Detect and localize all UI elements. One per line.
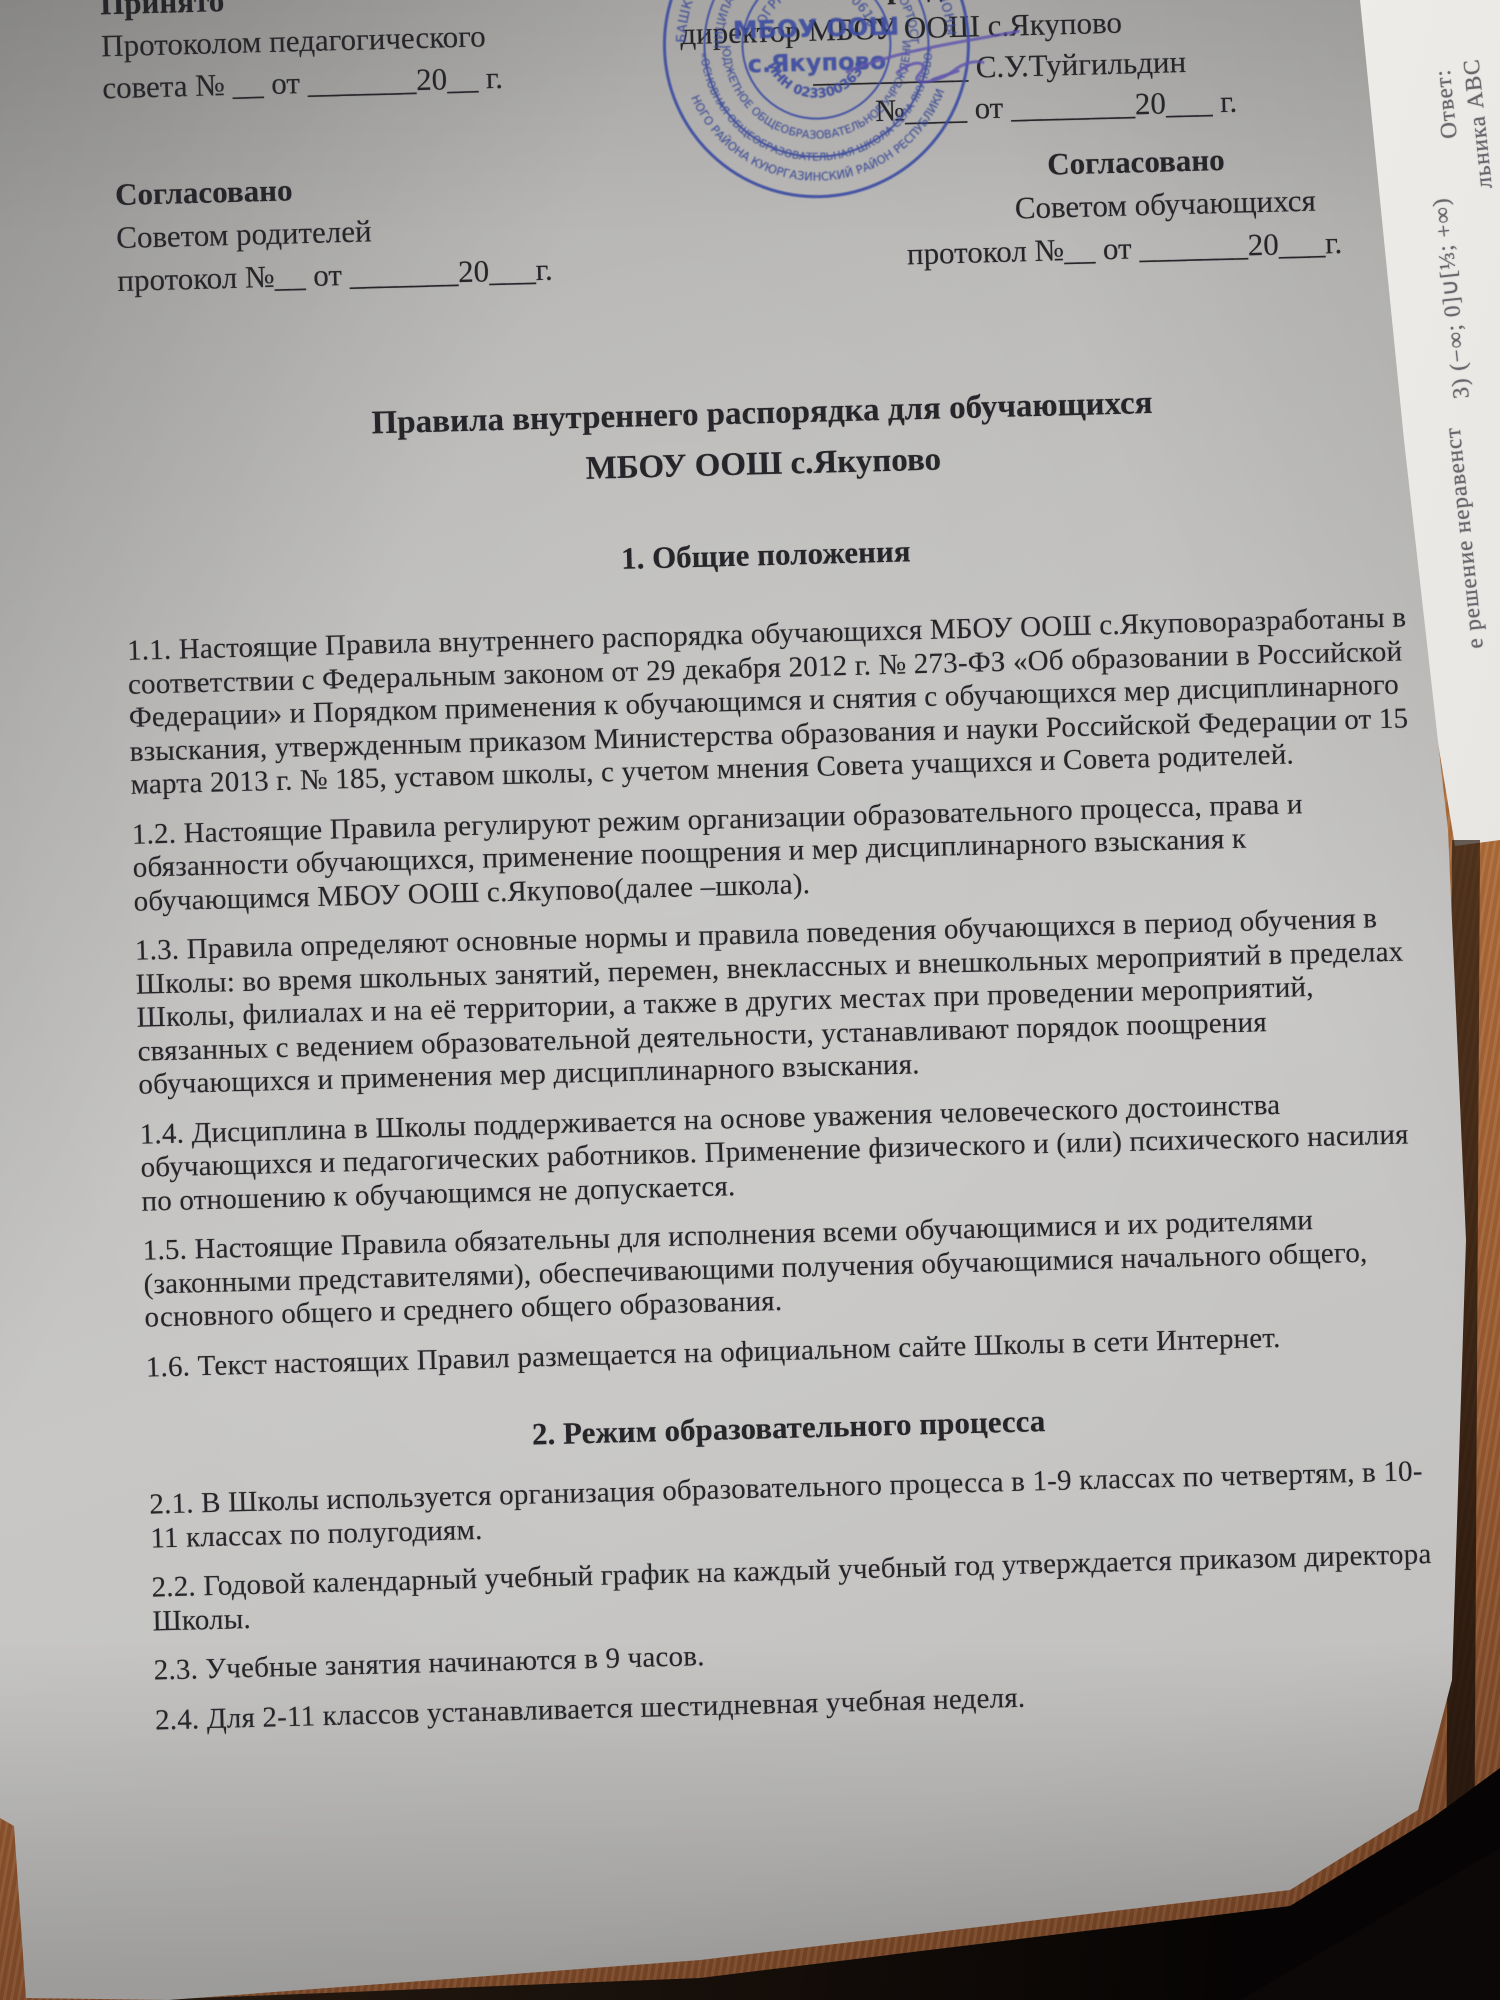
doc-paragraph-2-2: 2.2. Годовой календарный учебный график …: [151, 1538, 1434, 1639]
doc-paragraph-1-2: 1.2. Настоящие Правила регулируют режим …: [131, 785, 1415, 919]
accepted-block: Принято Протоколом педагогического совет…: [100, 0, 504, 109]
director-signature-scribble: [897, 61, 983, 82]
section-heading-2: 2. Режим образовательного процесса: [147, 1393, 1430, 1463]
photo-of-document: льника АВС Ответ: 3) (−∞; 0]∪[⅓; +∞) е р…: [0, 0, 1500, 2000]
doc-paragraph-2-1: 2.1. В Школы используется организация об…: [149, 1455, 1432, 1556]
director-signature-scribble: [932, 71, 958, 80]
document-content: Принято Протоколом педагогического совет…: [0, 0, 1500, 1999]
doc-paragraph-1-5: 1.5. Настоящие Правила обязательны для и…: [142, 1201, 1426, 1335]
document-body: Правила внутреннего распорядка для обуча…: [121, 378, 1437, 1737]
agreed-parents-block: Согласовано Советом родителей протокол №…: [115, 162, 554, 302]
section-heading-1: 1. Общие положения: [125, 520, 1408, 590]
doc-paragraph-1-3: 1.3. Правила определяют основные нормы и…: [135, 901, 1421, 1102]
document-page: Принято Протоколом педагогического совет…: [0, 0, 1500, 2000]
stamp-center-abbreviation: МБОУ ООШ: [732, 11, 899, 44]
doc-paragraph-1-4: 1.4. Дисциплина в Школы поддерживается н…: [139, 1085, 1423, 1219]
doc-paragraph-1-1: 1.1. Настоящие Правила внутреннего распо…: [127, 601, 1413, 802]
school-round-stamp: • БАШКОРТОСТАН • РАЙОНЫНЫҢ МУНИЦИПАЛЬ РА…: [642, 0, 991, 219]
